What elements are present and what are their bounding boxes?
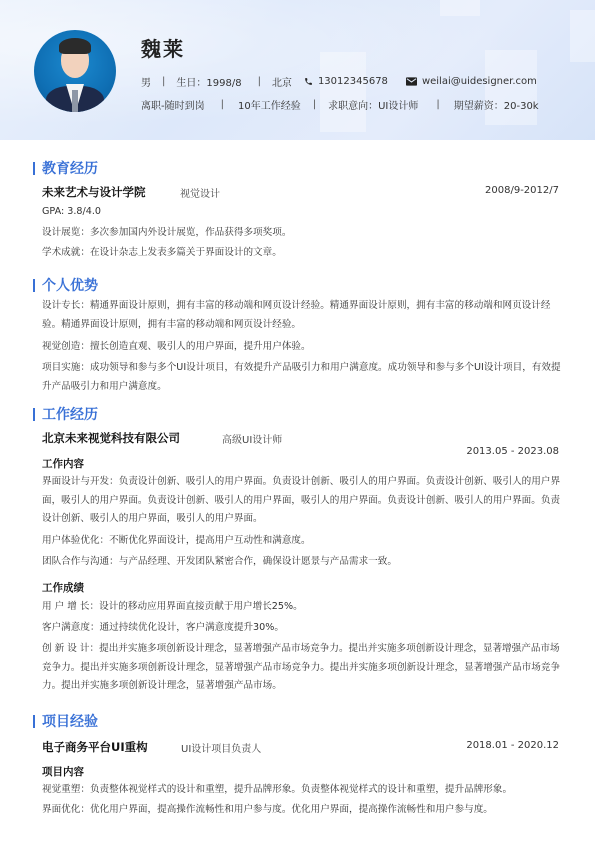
education-date: 2008/9-2012/7 [485,185,559,196]
title-bar [33,715,35,728]
separator: | [258,76,261,87]
major: 视觉设计 [180,185,220,200]
avatar-tie [72,90,78,112]
school-name: 未来艺术与设计学院 [42,184,146,200]
work-content-item: 界面设计与开发：负责设计创新、吸引人的用户界面。负责设计创新、吸引人的用户界面。… [42,473,562,529]
avatar-hair [59,38,91,54]
project-content-item: 界面优化：优化用户界面，提高操作流畅性和用户参与度。优化用户界面，提高操作流畅性… [42,801,562,820]
achievement-item: 用 户 增 长：设计的移动应用界面直接贡献于用户增长25%。 [42,598,562,617]
city: 北京 [272,74,292,89]
job-title: 高级UI设计师 [222,431,282,446]
header-decoration [440,0,480,16]
work-section: 工作经历 [33,404,98,424]
resume-header: 魏莱 男 | 生日：1998/8 | 北京 13012345678 weilai… [0,0,595,140]
separator: | [162,76,165,87]
work-date: 2013.05 - 2023.08 [466,446,559,457]
separator: | [436,99,439,110]
project-content-title: 项目内容 [42,764,84,779]
expected-salary: 期望薪资：20-30k [454,97,539,112]
education-detail: 设计展览：多次参加国内外设计展览，作品获得多项奖项。 [42,224,562,243]
education-gpa: GPA: 3.8/4.0 [42,203,562,222]
job-info-row: 离职-随时到岗 | 10年工作经验 | 求职意向：UI设计师 | 期望薪资：20… [141,97,539,112]
section-title-text: 项目经验 [42,711,98,731]
mail-icon [406,77,417,86]
strength-item: 视觉创造：擅长创造直观、吸引人的用户界面，提升用户体验。 [42,338,562,357]
project-content-item: 视觉重塑：负责整体视觉样式的设计和重塑，提升品牌形象。负责整体视觉样式的设计和重… [42,781,562,800]
availability-status: 离职-随时到岗 [141,97,205,112]
work-content-item: 团队合作与沟通：与产品经理、开发团队紧密合作，确保设计愿景与产品需求一致。 [42,553,562,572]
achievement-item: 创 新 设 计：提出并实施多项创新设计理念，显著增强产品市场竞争力。提出并实施多… [42,640,562,696]
section-title-text: 工作经历 [42,404,98,424]
phone-icon [304,77,313,86]
project-name: 电子商务平台UI重构 [42,739,148,755]
work-content-title: 工作内容 [42,456,84,471]
work-experience-years: 10年工作经验 [238,97,301,112]
achievement-item: 客户满意度：通过持续优化设计，客户满意度提升30%。 [42,619,562,638]
separator: | [221,99,224,110]
header-decoration [320,52,366,132]
work-achievements-title: 工作成绩 [42,580,84,595]
email-address[interactable]: weilai@uidesigner.com [422,76,537,87]
phone-number[interactable]: 13012345678 [318,76,388,87]
header-decoration [570,10,595,62]
basic-info-row: 男 | 生日：1998/8 | 北京 13012345678 weilai@ui… [141,74,537,89]
birth-date: 生日：1998/8 [176,74,241,89]
strength-item: 设计专长：精通界面设计原则，拥有丰富的移动端和网页设计经验。精通界面设计原则，拥… [42,297,562,334]
section-title-strengths: 个人优势 [33,275,98,295]
job-intent: 求职意向：UI设计师 [328,97,418,112]
education-section: 教育经历 [33,158,98,178]
strength-item: 项目实施：成功领导和参与多个UI设计项目，有效提升产品吸引力和用户满意度。成功领… [42,359,562,396]
title-bar [33,408,35,421]
section-title-text: 教育经历 [42,158,98,178]
title-bar [33,279,35,292]
section-title-education: 教育经历 [33,158,98,178]
section-title-work: 工作经历 [33,404,98,424]
separator: | [313,99,316,110]
education-detail: 学术成就：在设计杂志上发表多篇关于界面设计的文章。 [42,244,562,263]
avatar [34,30,116,112]
section-title-text: 个人优势 [42,275,98,295]
work-content-item: 用户体验优化：不断优化界面设计，提高用户互动性和满意度。 [42,532,562,551]
candidate-name: 魏莱 [141,33,185,62]
gender: 男 [141,74,151,89]
project-role: UI设计项目负责人 [181,740,261,755]
project-date: 2018.01 - 2020.12 [466,740,559,751]
section-title-projects: 项目经验 [33,711,98,731]
company-name: 北京未来视觉科技有限公司 [42,430,180,446]
projects-section: 项目经验 [33,711,98,731]
strengths-section: 个人优势 [33,275,98,295]
title-bar [33,162,35,175]
